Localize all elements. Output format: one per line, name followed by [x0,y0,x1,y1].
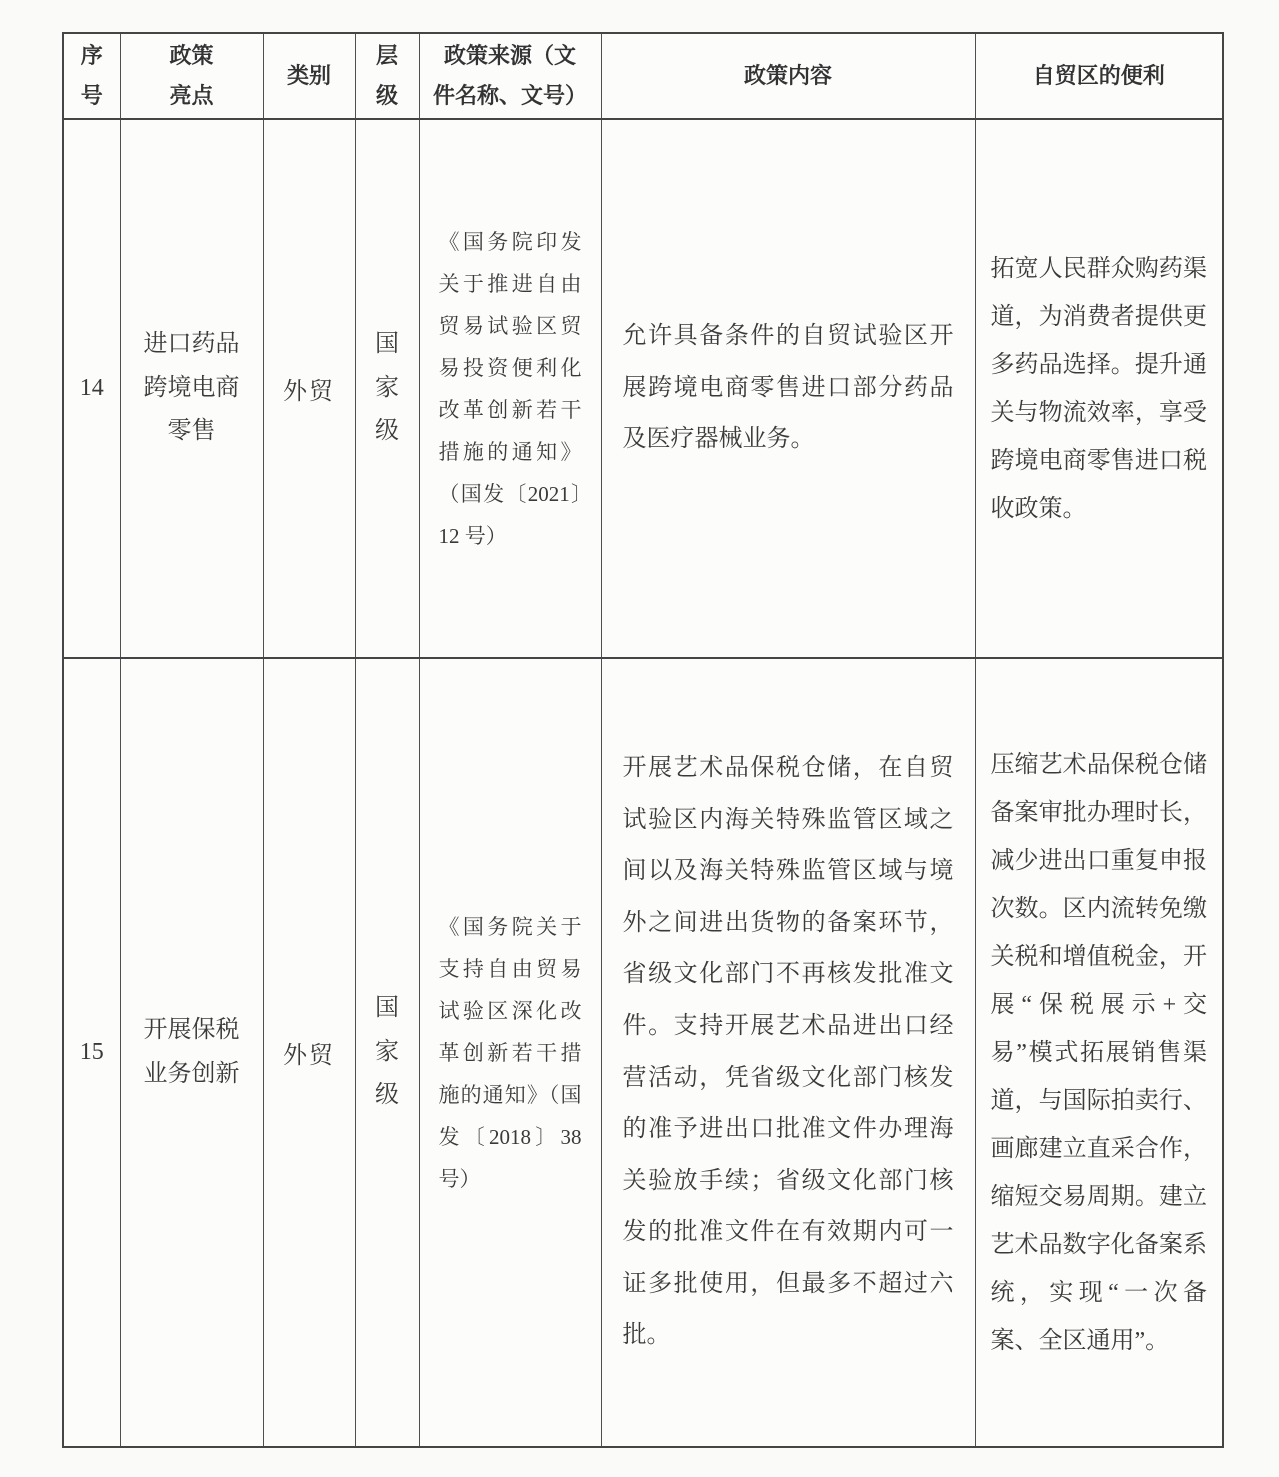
row-15-level-cell: 国家级 [355,658,419,1447]
column-header-benefit: 自贸区的便利 [975,33,1223,119]
row-14-category-cell: 外贸 [263,119,355,658]
row-15-source-cell: 《国务院关于支持自由贸易试验区深化改革创新若干措施的通知》（国发〔2018〕38… [419,658,601,1447]
row-15-content-cell: 开展艺术品保税仓储，在自贸试验区内海关特殊监管区域之间以及海关特殊监管区域与境外… [601,658,975,1447]
row-14-benefit-cell: 拓宽人民群众购药渠道，为消费者提供更多药品选择。提升通关与物流效率，享受跨境电商… [975,119,1223,658]
row-15-benefit-cell: 压缩艺术品保税仓储备案审批办理时长，减少进出口重复申报次数。区内流转免缴关税和增… [975,658,1223,1447]
table-header-row: 序 号 政策 亮点 类别 层 级 政策来源（文 件名称、文号） 政策内容 自贸区… [63,33,1223,119]
row-14-level-cell: 国家级 [355,119,419,658]
column-header-source: 政策来源（文 件名称、文号） [419,33,601,119]
column-header-level: 层 级 [355,33,419,119]
policy-table: 序 号 政策 亮点 类别 层 级 政策来源（文 件名称、文号） 政策内容 自贸区… [62,32,1224,1448]
row-14-highlight-cell: 进口药品跨境电商零售 [120,119,263,658]
table-row-14: 14 进口药品跨境电商零售 外贸 国家级 《国务院印发关于推进自由贸易试验区贸易… [63,119,1223,658]
row-15-highlight-cell: 开展保税业务创新 [120,658,263,1447]
column-header-highlight: 政策 亮点 [120,33,263,119]
row-14-content-cell: 允许具备条件的自贸试验区开展跨境电商零售进口部分药品及医疗器械业务。 [601,119,975,658]
column-header-category: 类别 [263,33,355,119]
row-14-source-cell: 《国务院印发关于推进自由贸易试验区贸易投资便利化改革创新若干措施的通知》（国发〔… [419,119,601,658]
column-header-no: 序 号 [63,33,120,119]
row-15-category-cell: 外贸 [263,658,355,1447]
row-15-no-cell: 15 [63,658,120,1447]
column-header-content: 政策内容 [601,33,975,119]
row-14-no-cell: 14 [63,119,120,658]
document-page: 序 号 政策 亮点 类别 层 级 政策来源（文 件名称、文号） 政策内容 自贸区… [0,0,1279,1477]
table-row-15: 15 开展保税业务创新 外贸 国家级 《国务院关于支持自由贸易试验区深化改革创新… [63,658,1223,1447]
